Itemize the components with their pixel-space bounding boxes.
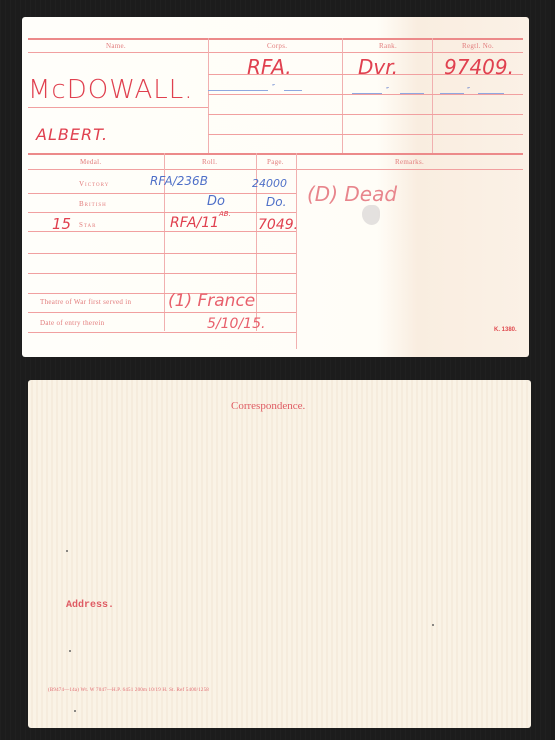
name-underline [28,107,208,108]
form-number: K. 1380. [494,327,517,333]
surname: McDOWALL. [28,75,194,105]
medal-card-front: Name. Corps. Rank. Regtl. No. McDOWALL. … [22,17,529,357]
date-value: 5/10/15. [207,316,265,332]
row-rule [28,312,296,313]
row-rule [208,94,523,95]
corps-header: Corps. [267,42,287,50]
regt-ditto: ″ [467,86,470,95]
rank-divider [342,38,343,153]
correspondence-title: Correspondence. [231,400,305,412]
theatre-value: (1) France [168,291,255,311]
remarks-value: (D) Dead [307,182,397,206]
ditto-line [352,93,382,94]
regt-divider [432,38,433,153]
medal-section-rule [28,153,523,155]
corps-value: RFA. [247,55,292,79]
ditto-line [400,93,424,94]
medal-header: Medal. [80,158,101,166]
ink-smudge [362,205,380,225]
remarks-header: Remarks. [395,158,424,166]
rank-header: Rank. [379,42,397,50]
page-header: Page. [267,158,284,166]
corps-ditto: ″ [272,83,275,92]
medal-victory-label: Victory [79,180,109,188]
regt-no-value: 97409. [444,55,514,79]
medal-british-label: British [79,200,107,208]
row-rule [28,193,296,194]
row-rule [28,273,296,274]
medal-card-back: Correspondence. Address. (B9474—14a) Wt.… [28,380,531,728]
corps-divider [208,38,209,153]
row-rule [28,253,296,254]
address-label: Address. [66,600,114,611]
ditto-line [208,90,268,91]
top-rule [28,38,523,40]
star-prefix: 15 [52,215,71,233]
row-rule [28,332,296,333]
name-header: Name. [106,42,126,50]
theatre-label: Theatre of War first served in [40,298,131,306]
medal-header-rule [28,169,523,170]
header-rule [28,52,523,53]
row-rule [208,114,523,115]
row-rule [28,212,296,213]
star-roll: RFA/11 [170,215,219,231]
ditto-line [440,93,464,94]
british-roll: Do [207,194,225,209]
speck [69,650,71,652]
victory-roll: RFA/236B [150,174,208,188]
star-roll-suffix: AB. [219,210,231,218]
ditto-line [284,90,302,91]
row-rule [28,293,296,294]
british-page: Do. [266,195,286,209]
speck [66,550,68,552]
printer-imprint: (B9474—14a) Wt. W 7047—H.P. 6451 200m 10… [48,688,209,693]
remarks-divider [296,153,297,349]
victory-page: 24000 [252,177,287,190]
regt-no-header: Regtl. No. [462,42,494,50]
forename: ALBERT. [36,125,108,144]
row-rule [208,134,523,135]
date-label: Date of entry therein [40,319,104,327]
rank-value: Dvr. [358,55,398,79]
speck [432,624,434,626]
rank-ditto: ″ [386,86,389,95]
speck [74,710,76,712]
ditto-line [478,93,504,94]
medal-star-label: Star [79,221,97,229]
star-page: 7049. [258,217,298,233]
roll-header: Roll. [202,158,217,166]
